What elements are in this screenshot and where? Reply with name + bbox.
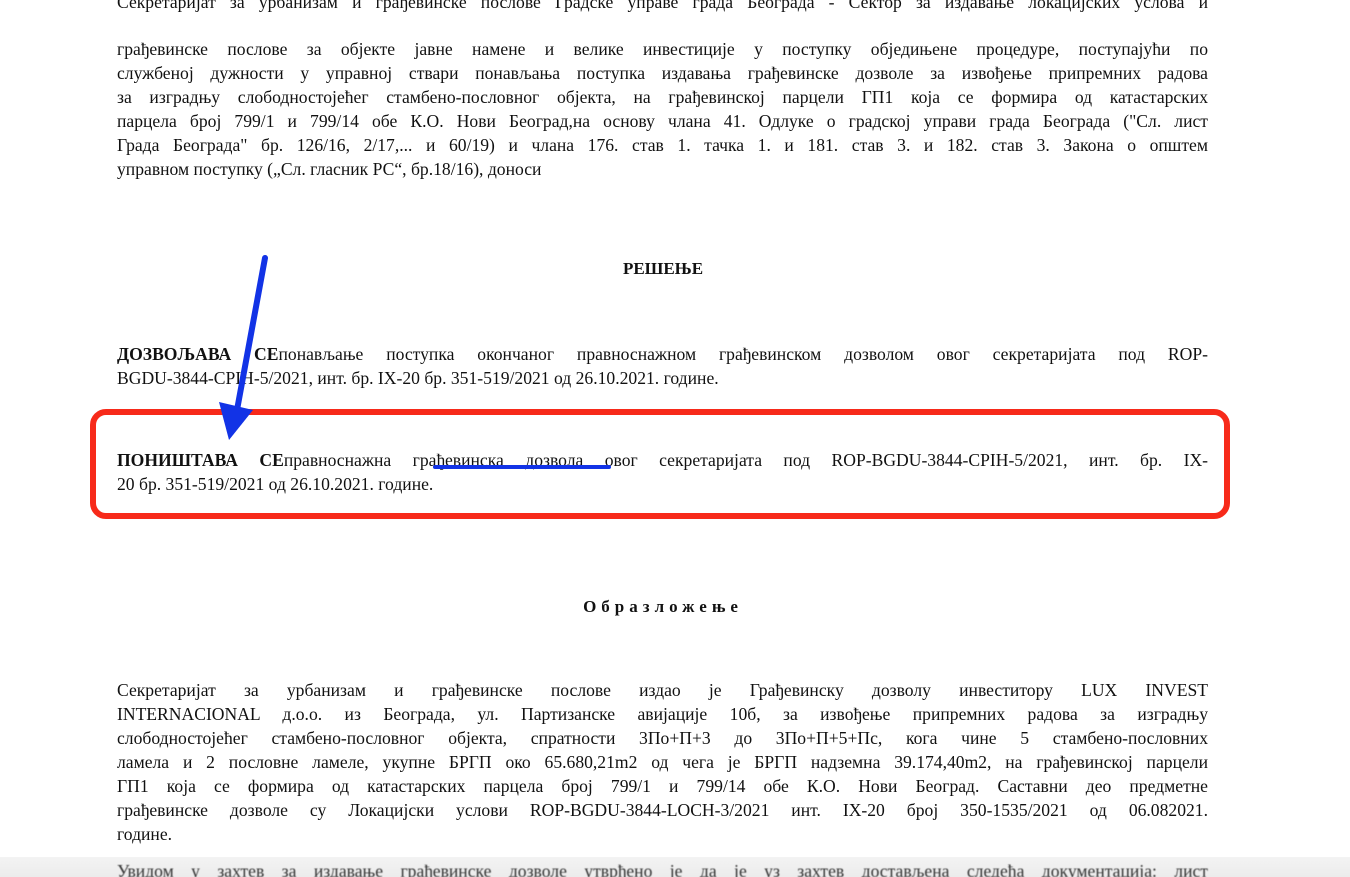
reasoning-line: ГП1 која се формира од катастарских парц…: [117, 774, 1208, 798]
red-highlight-box: [90, 409, 1230, 519]
cut-off-next-paragraph: Увидом у захтев за издавање грађевинске …: [0, 857, 1350, 877]
reasoning-line: грађевинске дозволе су Локацијски услови…: [117, 798, 1208, 822]
intro-line: управном поступку („Сл. гласник РС“, бр.…: [117, 157, 1208, 181]
intro-line: парцела број 799/1 и 799/14 обе К.О. Нов…: [117, 109, 1208, 133]
intro-line: Града Београда" бр. 126/16, 2/17,... и 6…: [117, 133, 1208, 157]
intro-line: грађевинске послове за објекте јавне нам…: [117, 37, 1208, 61]
allow-line-2: BGDU-3844-CPIH-5/2021, инт. бр. IX-20 бр…: [117, 366, 1208, 390]
cut-off-line: Увидом у захтев за издавање грађевинске …: [117, 859, 1208, 877]
decision-heading: РЕШЕЊЕ: [0, 257, 1326, 281]
reasoning-line: године.: [117, 822, 1208, 846]
reasoning-heading: Образложење: [0, 595, 1326, 619]
allow-keyword: ДОЗВОЉАВА СЕ: [117, 344, 278, 364]
reasoning-line: ламела и 2 пословне ламеле, укупне БРГП …: [117, 750, 1208, 774]
intro-line: за изградњу слободностојећег стамбено-по…: [117, 85, 1208, 109]
intro-line: службеној дужности у управној ствари пон…: [117, 61, 1208, 85]
reasoning-line: INTERNACIONAL д.о.о. из Београда, ул. Па…: [117, 702, 1208, 726]
blue-underline-mark: [433, 465, 611, 469]
reasoning-line: Секретаријат за урбанизам и грађевинске …: [117, 678, 1208, 702]
reasoning-line: слободностојећег стамбено-пословног обје…: [117, 726, 1208, 750]
allow-text: понављање поступка окончаног правноснажн…: [278, 344, 1208, 364]
intro-line: Секретаријат за урбанизам и грађевинске …: [117, 0, 1208, 14]
allow-line-1: ДОЗВОЉАВА СЕпонављање поступка окончаног…: [117, 342, 1208, 366]
